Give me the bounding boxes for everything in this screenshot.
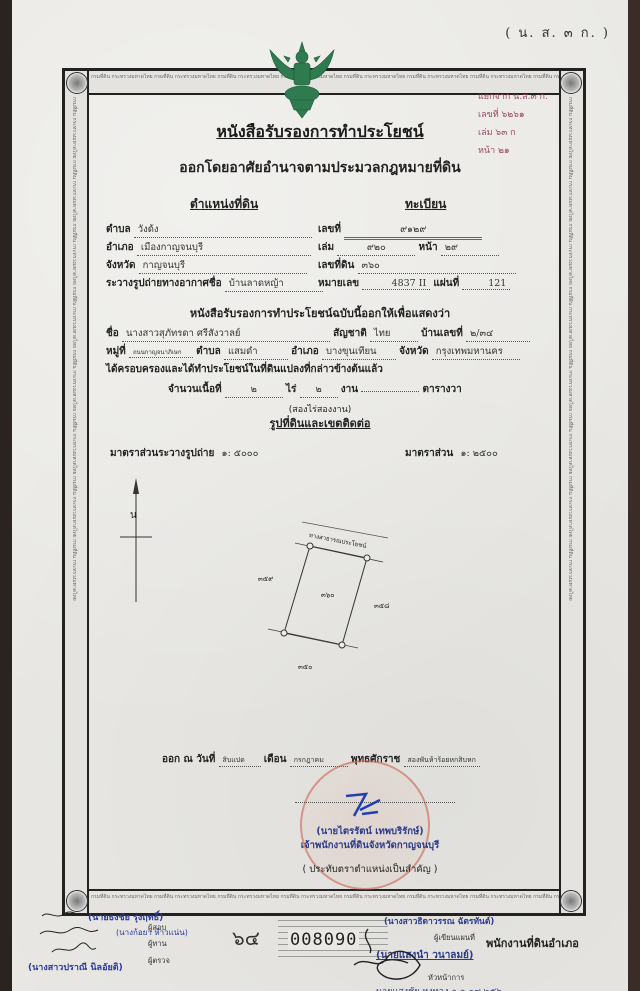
registry-land-number: เลขที่ดิน ๓๖๐ [318,258,516,274]
registry-number: เลขที่ ๙๑๒๙ [318,222,482,240]
official-name: (นายไตรรัตน์ เทพบริรักษ์) [0,824,640,839]
checker-role: ผู้ตรวจ [148,955,170,967]
officer-signature-icon [350,925,430,985]
footer-signatures-icon [38,908,108,960]
parcel-map: น ทางสาธารณประโยชน์ ๓๖๐ ๓๕๙ ๓๕๘ ๓๕๐ [100,470,420,670]
corner-seal-icon [560,72,582,94]
seal-note: ( ประทับตราตำแหน่งเป็นสำคัญ ) [0,862,640,877]
bottom-partial-note: นายแสงชัย หงทอง ๑ ๑ ๐๗ ๒๕๖ [376,984,502,991]
location-tambon: ตำบล วังด้ง [106,222,312,238]
parcel-number: ๓๖๐ [321,590,335,601]
map-heading: รูปที่ดินและเขตติดต่อ [0,414,640,432]
location-amphoe: อำเภอ เมืองกาญจนบุรี [106,240,311,256]
official-title: เจ้าพนักงานที่ดินจังหวัดกาญจนบุรี [0,838,640,853]
holder-line: ชื่อ นางสาวสุภัทรดา ศรีสังวาลย์ สัญชาติ … [106,326,530,342]
checker-name: (นางสาวปราณี นิลอัยติ) [28,960,168,974]
serial-number: 008090 [288,930,359,950]
head-role: หัวหน้าการ [428,972,464,984]
area-line: จำนวนเนื้อที่ ๒ ไร่ ๒ งาน ตารางวา [168,382,462,398]
surveyor-role: ผู้สอบ [148,922,166,934]
corner-seal-icon [66,72,88,94]
writer-role: ผู้ทาน [148,938,167,950]
registry-code: หมายเลข 4837 II แผ่นที่ 121 [318,276,510,291]
corner-seal-icon [560,890,582,912]
map-scale: มาตราส่วน ๑: ๒๕๐๐ [405,446,502,461]
writer-name: (นางก้อยา ห้าวแน่น) [116,926,236,939]
form-code: ( น. ส. ๓ ก. ) [505,22,610,43]
registry-volume: เล่ม ๙๒๐ หน้า ๒๙ [318,240,499,256]
location-province: จังหวัด กาญจนบุรี [106,258,307,274]
certification-intro: หนังสือรับรองการทำประโยชน์ฉบับนี้ออกให้เ… [0,304,640,322]
document-title: หนังสือรับรองการทำประโยชน์ [0,120,640,145]
official-signature-icon [340,790,390,820]
registry-heading: ทะเบียน [405,195,446,214]
issue-date-line: ออก ณ วันที่ สิบแปด เดือน กรกฎาคม พุทธศั… [162,752,480,767]
holder-address-line: หมู่ที่ ถนนกาญจนาภิเษก ตำบล แสมดำ อำเภอ … [106,344,520,360]
frame-band-right: กรมที่ดิน กระทรวงมหาดไทย กรมที่ดิน กระทร… [559,71,583,913]
photo-scale: มาตราส่วนระวางรูปถ่าย ๑: ๕๐๐๐ [110,446,262,461]
frame-band-left: กรมที่ดิน กระทรวงมหาดไทย กรมที่ดิน กระทร… [65,71,89,913]
drafter-role: ผู้เขียนแผนที่ [434,932,475,944]
land-office-label: พนักงานที่ดินอำเภอ [486,934,579,952]
neighbor-right: ๓๕๘ [374,601,389,612]
document-subtitle: ออกโดยอาศัยอำนาจตามประมวลกฎหมายที่ดิน [0,157,640,179]
north-arrow-icon [100,470,420,670]
garuda-emblem-icon [264,40,340,120]
possession-statement: ได้ครอบครองและได้ทำประโยชน์ในที่ดินแปลงท… [106,362,383,377]
neighbor-left: ๓๕๙ [258,574,273,585]
location-heading: ตำแหน่งที่ดิน [190,195,258,214]
book-number: ๖๔ [232,922,260,954]
north-label: น [130,508,137,523]
location-photo-sheet: ระวางรูปถ่ายทางอากาศชื่อ บ้านลาดหญ้า [106,276,323,292]
neighbor-bottom: ๓๕๐ [298,662,312,673]
